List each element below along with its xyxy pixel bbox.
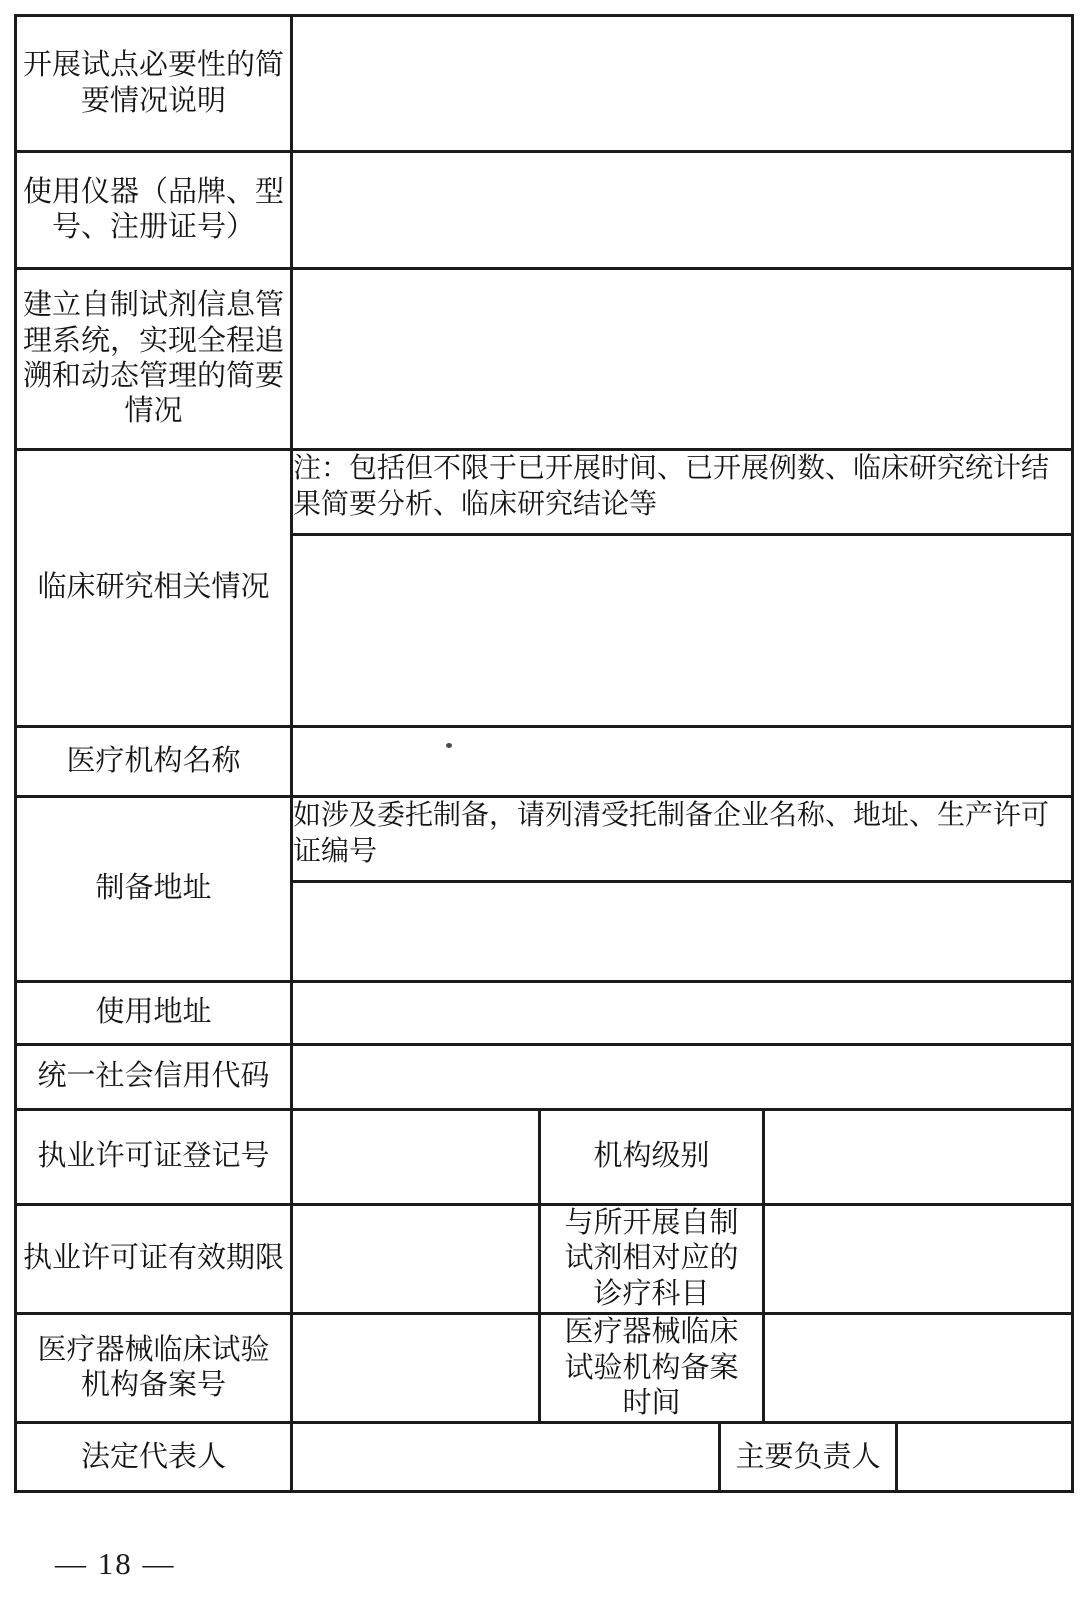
cell-instruments-value (292, 152, 1073, 269)
cell-practice-license-validity-value (292, 1205, 540, 1314)
cell-institution-level-value (764, 1110, 1073, 1205)
page-number: — 18 — (55, 1546, 176, 1582)
row-device-trial-record: 医疗器械临床试验 机构备案号 医疗器械临床 试验机构备案 时间 (16, 1314, 1073, 1423)
row-pilot-necessity: 开展试点必要性的简 要情况说明 (16, 16, 1073, 152)
cell-principal-in-charge-value (897, 1423, 1073, 1492)
cell-institution-name-value (292, 727, 1073, 797)
label-preparation-address: 制备地址 (16, 797, 292, 982)
row-legal-representative: 法定代表人 主要负责人 (16, 1423, 1073, 1492)
row-practice-license-validity: 执业许可证有效期限 与所开展自制 试剂相对应的 诊疗科目 (16, 1205, 1073, 1314)
cell-device-trial-record-time-value (764, 1314, 1073, 1423)
cell-credit-code-value (292, 1045, 1073, 1110)
label-practice-license-no: 执业许可证登记号 (16, 1110, 292, 1205)
label-clinical-research: 临床研究相关情况 (16, 450, 292, 727)
row-clinical-research-note: 临床研究相关情况 注：包括但不限于已开展时间、已开展例数、临床研究统计结 果简要… (16, 450, 1073, 535)
document-page: 开展试点必要性的简 要情况说明 使用仪器（品牌、型 号、注册证号） 建立自制试剂… (0, 0, 1080, 1597)
row-use-address: 使用地址 (16, 982, 1073, 1045)
cell-pilot-necessity-value (292, 16, 1073, 152)
label-diagnosis-subjects: 与所开展自制 试剂相对应的 诊疗科目 (540, 1205, 764, 1314)
label-use-address: 使用地址 (16, 982, 292, 1045)
application-form-table: 开展试点必要性的简 要情况说明 使用仪器（品牌、型 号、注册证号） 建立自制试剂… (14, 14, 1074, 1493)
row-preparation-address-note: 制备地址 如涉及委托制备，请列清受托制备企业名称、地址、生产许可 证编号 (16, 797, 1073, 882)
label-institution-name: 医疗机构名称 (16, 727, 292, 797)
label-pilot-necessity: 开展试点必要性的简 要情况说明 (16, 16, 292, 152)
label-device-trial-record-no: 医疗器械临床试验 机构备案号 (16, 1314, 292, 1423)
cell-info-system-value (292, 269, 1073, 450)
scan-speck (446, 743, 452, 748)
cell-preparation-address-value (292, 882, 1073, 982)
label-principal-in-charge: 主要负责人 (720, 1423, 897, 1492)
label-institution-level: 机构级别 (540, 1110, 764, 1205)
row-practice-license-no: 执业许可证登记号 机构级别 (16, 1110, 1073, 1205)
note-clinical-research: 注：包括但不限于已开展时间、已开展例数、临床研究统计结 果简要分析、临床研究结论… (292, 450, 1073, 535)
label-device-trial-record-time: 医疗器械临床 试验机构备案 时间 (540, 1314, 764, 1423)
cell-practice-license-no-value (292, 1110, 540, 1205)
label-practice-license-validity: 执业许可证有效期限 (16, 1205, 292, 1314)
row-credit-code: 统一社会信用代码 (16, 1045, 1073, 1110)
cell-device-trial-record-no-value (292, 1314, 540, 1423)
cell-use-address-value (292, 982, 1073, 1045)
cell-legal-representative-value (292, 1423, 720, 1492)
label-info-system: 建立自制试剂信息管 理系统，实现全程追 溯和动态管理的简要 情况 (16, 269, 292, 450)
cell-diagnosis-subjects-value (764, 1205, 1073, 1314)
row-institution-name: 医疗机构名称 (16, 727, 1073, 797)
label-credit-code: 统一社会信用代码 (16, 1045, 292, 1110)
row-info-system: 建立自制试剂信息管 理系统，实现全程追 溯和动态管理的简要 情况 (16, 269, 1073, 450)
note-preparation-address: 如涉及委托制备，请列清受托制备企业名称、地址、生产许可 证编号 (292, 797, 1073, 882)
label-legal-representative: 法定代表人 (16, 1423, 292, 1492)
cell-clinical-research-value (292, 535, 1073, 727)
row-instruments: 使用仪器（品牌、型 号、注册证号） (16, 152, 1073, 269)
label-instruments: 使用仪器（品牌、型 号、注册证号） (16, 152, 292, 269)
